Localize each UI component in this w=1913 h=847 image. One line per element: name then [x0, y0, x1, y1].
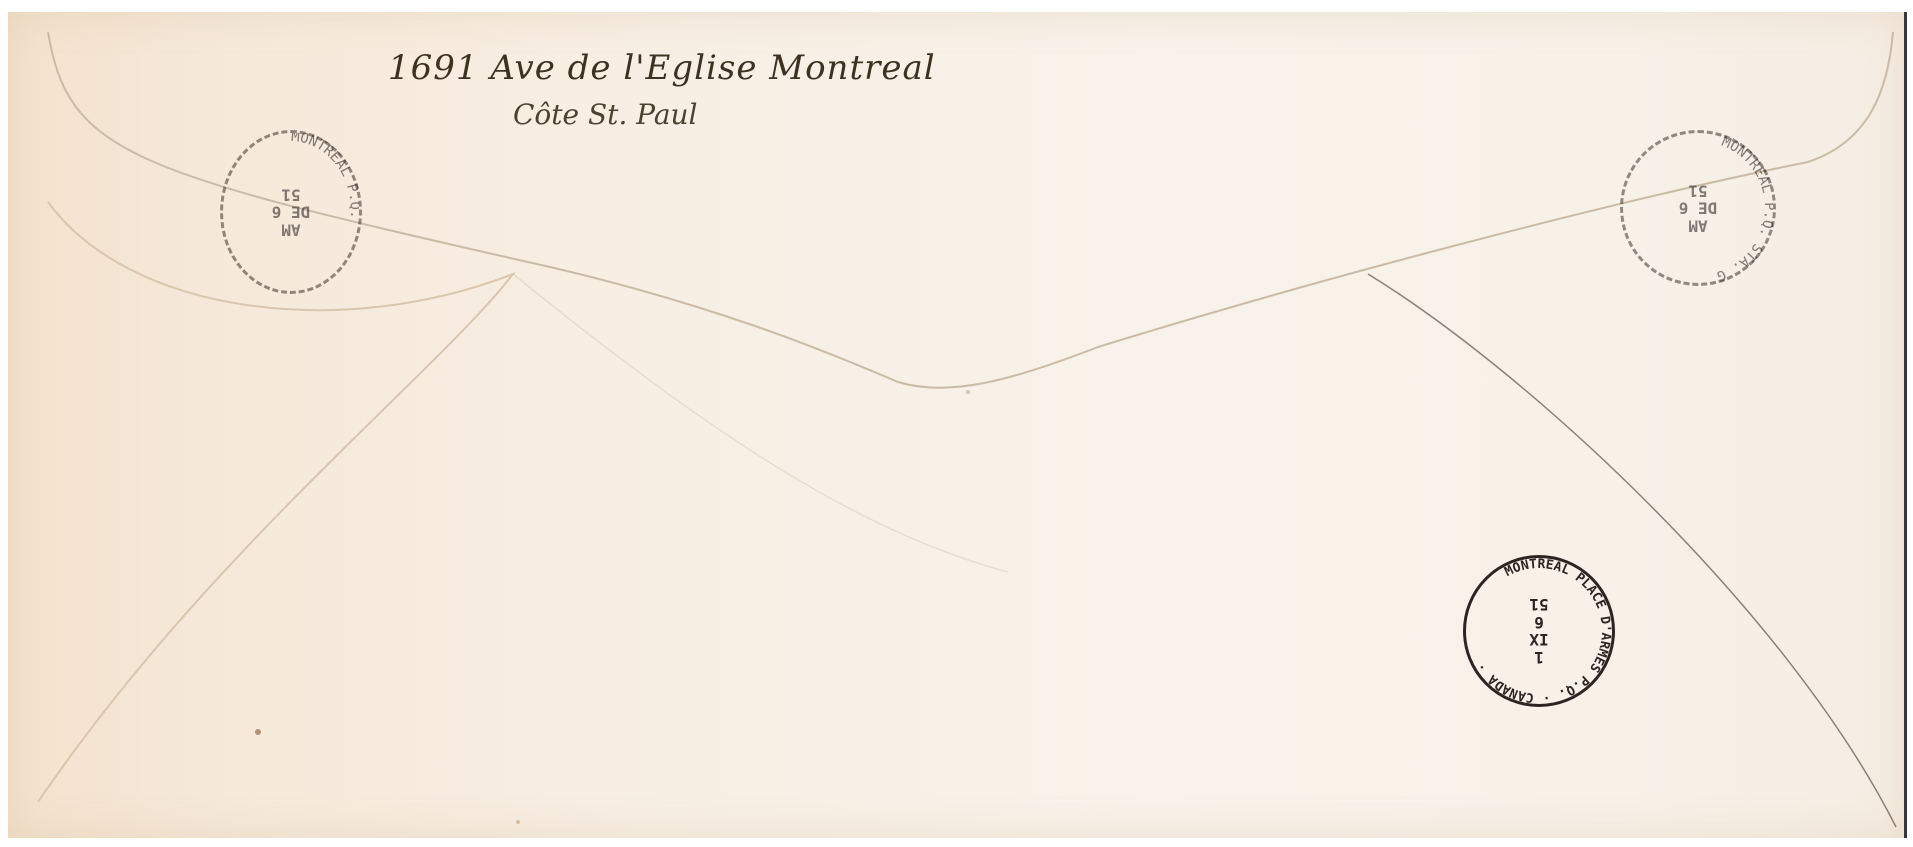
postmark-date: AM DE 6 51	[1679, 182, 1718, 235]
postmark-lower-right: MONTREAL PLACE D'ARMES P.Q. · CANADA · 1…	[1463, 555, 1615, 707]
return-address-line2: Côte St. Paul	[513, 98, 698, 131]
postmark-upper-right: MONTREAL P.Q. STA. G AM DE 6 51	[1620, 130, 1776, 286]
postmark-date: AM DE 6 51	[272, 186, 311, 239]
return-address-line1: 1691 Ave de l'Eglise Montreal	[388, 48, 936, 88]
postmark-date: 1 IX 6 51	[1529, 596, 1548, 666]
scanned-envelope-scene: 1691 Ave de l'Eglise Montreal Côte St. P…	[0, 0, 1913, 847]
envelope-back: 1691 Ave de l'Eglise Montreal Côte St. P…	[8, 12, 1907, 838]
postmark-upper-left: MONTREAL P.Q. AM DE 6 51	[220, 130, 362, 294]
